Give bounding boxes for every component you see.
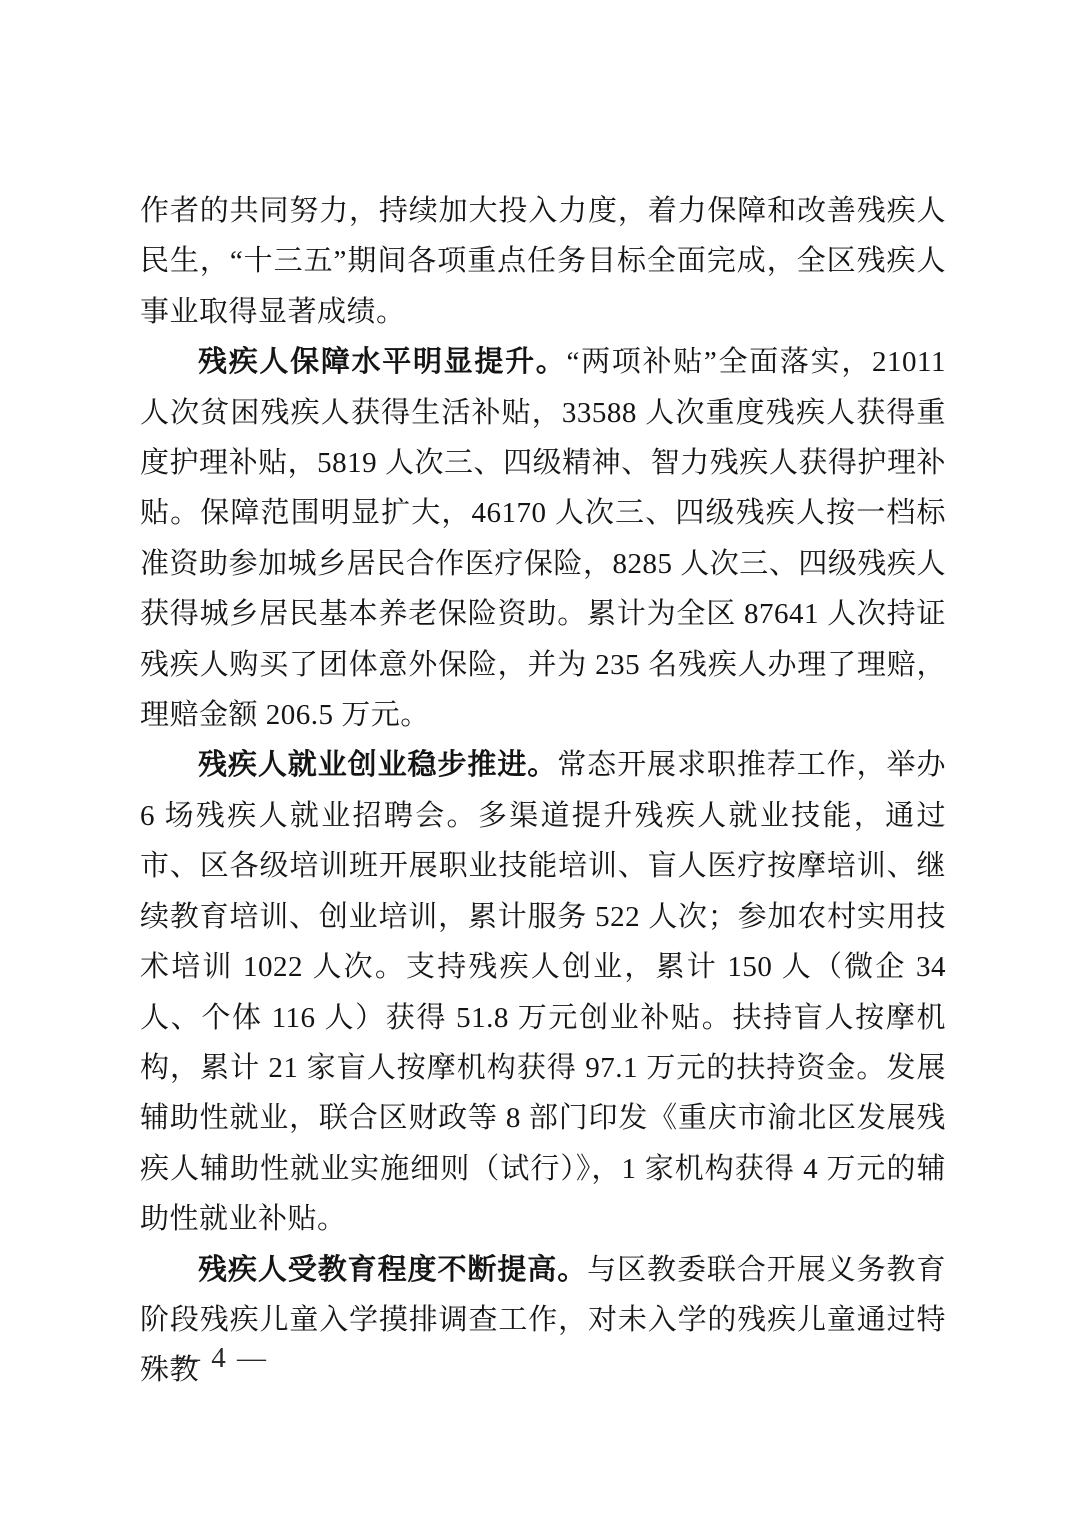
paragraph-lead: 残疾人保障水平明显提升。	[198, 346, 567, 378]
paragraph-employment: 残疾人就业创业稳步推进。常态开展求职推荐工作，举办 6 场残疾人就业招聘会。多渠…	[140, 740, 946, 1244]
paragraph-lead: 残疾人受教育程度不断提高。	[198, 1254, 587, 1286]
paragraph-text: “两项补贴”全面落实，21011 人次贫困残疾人获得生活补贴，33588 人次重…	[140, 346, 946, 731]
document-page: 作者的共同努力，持续加大投入力度，着力保障和改善残疾人民生，“十三五”期间各项重…	[0, 0, 1074, 1520]
paragraph-text: 作者的共同努力，持续加大投入力度，着力保障和改善残疾人民生，“十三五”期间各项重…	[140, 195, 946, 328]
paragraph-lead: 残疾人就业创业稳步推进。	[198, 749, 557, 781]
paragraph-continuation: 作者的共同努力，持续加大投入力度，着力保障和改善残疾人民生，“十三五”期间各项重…	[140, 186, 946, 337]
page-number: — 4 —	[171, 1338, 268, 1378]
paragraph-text: 常态开展求职推荐工作，举办 6 场残疾人就业招聘会。多渠道提升残疾人就业技能，通…	[140, 749, 946, 1235]
paragraph-social-security: 残疾人保障水平明显提升。“两项补贴”全面落实，21011 人次贫困残疾人获得生活…	[140, 337, 946, 740]
document-body: 作者的共同努力，持续加大投入力度，着力保障和改善残疾人民生，“十三五”期间各项重…	[140, 186, 946, 1396]
